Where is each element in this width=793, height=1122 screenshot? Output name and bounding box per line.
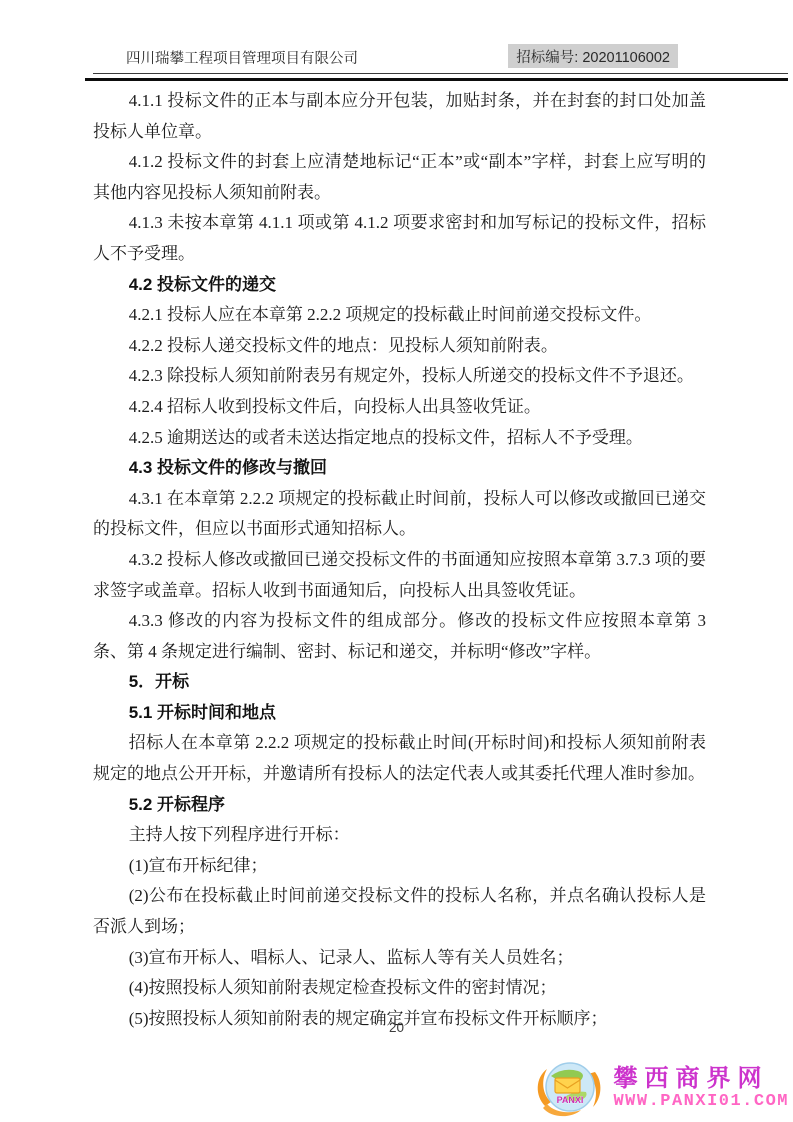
heading-5-2: 5.2 开标程序: [93, 790, 706, 821]
para-4-3-3: 4.3.3 修改的内容为投标文件的组成部分。修改的投标文件应按照本章第 3 条、…: [93, 606, 706, 667]
page-header: 四川瑞攀工程项目管理项目有限公司 招标编号: 20201106002: [85, 44, 788, 81]
para-4-2-1: 4.2.1 投标人应在本章第 2.2.2 项规定的投标截止时间前递交投标文件。: [93, 300, 706, 331]
para-4-3-1: 4.3.1 在本章第 2.2.2 项规定的投标截止时间前，投标人可以修改或撤回已…: [93, 484, 706, 545]
para-4-1-3: 4.1.3 未按本章第 4.1.1 项或第 4.1.2 项要求密封和加写标记的投…: [93, 208, 706, 269]
heading-5-1: 5.1 开标时间和地点: [93, 698, 706, 729]
watermark-site-name: 攀西商界网: [613, 1066, 768, 1092]
para-step-4: (4)按照投标人须知前附表规定检查投标文件的密封情况；: [93, 973, 706, 1004]
para-5-2-intro: 主持人按下列程序进行开标：: [93, 820, 706, 851]
page-number: 20: [0, 1020, 793, 1035]
site-watermark: PANXI 攀西商界网 WWW.PANXI01.COM: [533, 1058, 789, 1120]
para-step-2: (2)公布在投标截止时间前递交投标文件的投标人名称，并点名确认投标人是否派人到场…: [93, 881, 706, 942]
heading-5: 5．开标: [93, 667, 706, 698]
header-rule-thick: [85, 78, 788, 81]
logo-text: PANXI: [557, 1095, 584, 1105]
para-4-2-2: 4.2.2 投标人递交投标文件的地点：见投标人须知前附表。: [93, 331, 706, 362]
para-4-2-4: 4.2.4 招标人收到投标文件后，向投标人出具签收凭证。: [93, 392, 706, 423]
watermark-site-url: WWW.PANXI01.COM: [613, 1093, 789, 1112]
bid-number-label: 招标编号:: [516, 50, 578, 66]
para-4-3-2: 4.3.2 投标人修改或撤回已递交投标文件的书面通知应按照本章第 3.7.3 项…: [93, 545, 706, 606]
bid-number-highlight: 招标编号: 20201106002: [508, 44, 678, 68]
header-underline-thin: 四川瑞攀工程项目管理项目有限公司 招标编号: 20201106002: [93, 44, 788, 74]
para-5-1-body: 招标人在本章第 2.2.2 项规定的投标截止时间(开标时间)和投标人须知前附表规…: [93, 728, 706, 789]
document-page: 四川瑞攀工程项目管理项目有限公司 招标编号: 20201106002 4.1.1…: [0, 0, 793, 1122]
para-4-2-5: 4.2.5 逾期送达的或者未送达指定地点的投标文件，招标人不予受理。: [93, 423, 706, 454]
para-4-2-3: 4.2.3 除投标人须知前附表另有规定外，投标人所递交的投标文件不予退还。: [93, 361, 706, 392]
company-name: 四川瑞攀工程项目管理项目有限公司: [126, 47, 358, 68]
para-step-1: (1)宣布开标纪律；: [93, 851, 706, 882]
heading-4-2: 4.2 投标文件的递交: [93, 270, 706, 301]
para-4-1-1: 4.1.1 投标文件的正本与副本应分开包装，加贴封条，并在封套的封口处加盖投标人…: [93, 86, 706, 147]
para-4-1-2: 4.1.2 投标文件的封套上应清楚地标记“正本”或“副本”字样，封套上应写明的其…: [93, 147, 706, 208]
panxi-globe-logo: PANXI: [533, 1058, 609, 1120]
heading-4-3: 4.3 投标文件的修改与撤回: [93, 453, 706, 484]
para-step-3: (3)宣布开标人、唱标人、记录人、监标人等有关人员姓名；: [93, 943, 706, 974]
bid-number-value: 20201106002: [582, 50, 670, 66]
document-body: 4.1.1 投标文件的正本与副本应分开包装，加贴封条，并在封套的封口处加盖投标人…: [93, 86, 706, 1034]
